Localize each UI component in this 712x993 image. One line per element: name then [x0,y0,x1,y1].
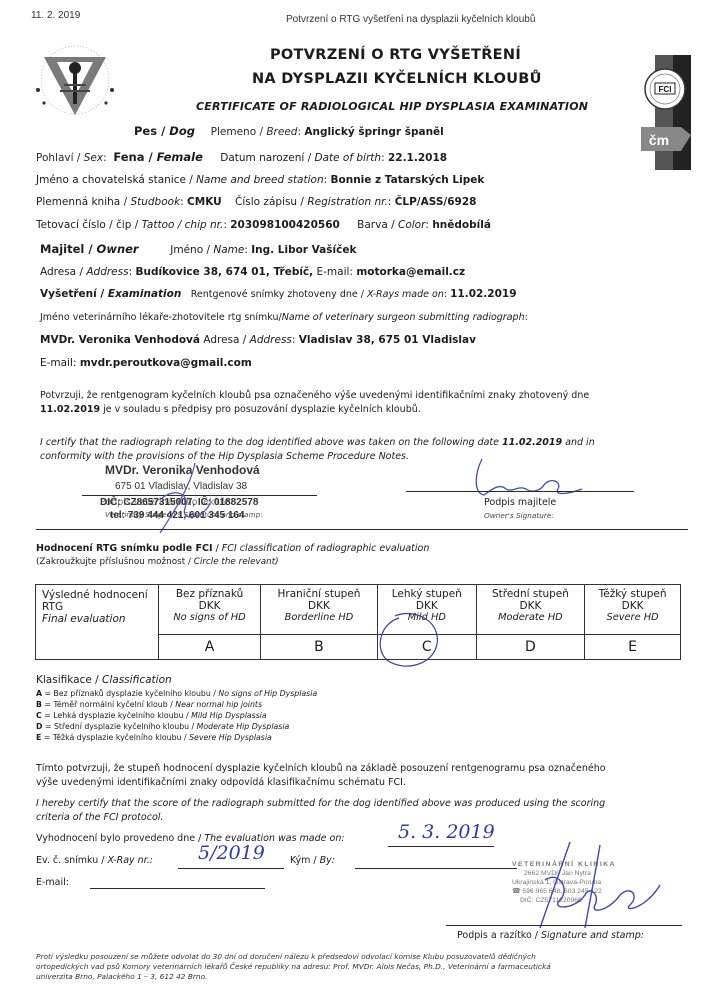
vet-signature-icon [150,458,230,538]
by-label: Kým / By: [290,855,335,866]
owner-name-row: Majitel / Owner Jméno / Name: Ing. Libor… [40,242,356,256]
vet-address: Vladislav 38, 675 01 Vladislav [299,334,476,346]
grade-a[interactable]: A [159,635,261,660]
evaluation-heading: Hodnocení RTG snímku podle FCI / FCI cla… [36,543,429,554]
grade-header-e: Těžký stupeňDKKSevere HD [585,585,681,635]
dog-breed-row: Pes / Dog Plemeno / Breed: Anglický špri… [134,124,444,138]
confirm-cz-line-2: 11.02.2019 je v souladu s předpisy pro p… [40,404,421,415]
classification-item: B = Téměř normální kyčelní kloub / Near … [36,699,317,710]
exam-row: Vyšetření / Examination Rentgenové snímk… [40,288,517,300]
evaluation-date-label: Vyhodnocení bylo provedeno dne / The eva… [36,833,345,844]
owner-address: Budíkovice 38, 674 01, Třebíč, [135,266,313,278]
classification-list: A = Bez příznaků dysplazie kyčelního klo… [36,688,317,743]
grade-b[interactable]: B [261,635,378,660]
owner-signature-label-cz: Podpis majitele [484,497,556,508]
selected-grade-circle-icon [375,610,445,672]
owner-address-row: Adresa / Address: Budíkovice 38, 674 01,… [40,266,465,278]
print-date: 11. 2. 2019 [31,10,80,21]
fci-cmku-logo-icon: FCI čm [641,55,696,170]
grade-e[interactable]: E [585,635,681,660]
confirm-cz-line-1: Potvrzuji, že rentgenogram kyčelních klo… [40,390,589,401]
dog-breed: Anglický špringr španěl [304,126,443,138]
confirm-en-line-1: I certify that the radiograph relating t… [40,437,595,448]
dog-sex: Fena [113,150,144,164]
vet-email-row: E-mail: mvdr.peroutkova@gmail.com [40,357,252,369]
classification-item: A = Bez příznaků dysplazie kyčelního klo… [36,688,317,699]
dog-section-cz: Pes [134,124,157,138]
owner-name: Ing. Libor Vašíček [251,244,356,256]
dog-color: hnědobílá [432,219,491,231]
vet-name: MVDr. Veronika Venhodová [40,334,200,346]
title-line-2: NA DYSPLAZII KYČELNÍCH KLOUBŮ [252,71,542,87]
classification-item: E = Těžká dysplazie kyčelního kloubu / S… [36,732,317,743]
final-en-line-1: I hereby certify that the score of the r… [36,798,605,809]
dog-registration: ČLP/ASS/6928 [395,196,477,208]
owner-email: motorka@email.cz [356,266,465,278]
appeal-notice: Proti výsledku posouzení se můžete odvol… [36,952,551,982]
classification-heading: Klasifikace / Classification [36,674,172,686]
evaluation-table: Výsledné hodnocení RTG Final evaluation … [35,584,681,660]
veterinary-chamber-logo-icon [30,35,120,125]
owner-signature-icon [470,455,590,500]
dog-dob: 22.1.2018 [388,152,447,164]
final-evaluation-cell: Výsledné hodnocení RTG Final evaluation [36,585,159,660]
dog-section-en: Dog [169,124,195,138]
print-page-title: Potvrzení o RTG vyšetření na dysplazii k… [286,14,535,25]
final-cz-line-1: Tímto potvrzuji, že stupeň hodnocení dys… [36,763,606,774]
classification-item: C = Lehká dysplazie kyčelního kloubu / M… [36,710,317,721]
vet-name-row: MVDr. Veronika Venhodová Adresa / Addres… [40,334,476,346]
dog-studbook: CMKU [187,196,222,208]
evaluation-instruction: (Zakroužkujte příslušnou možnost / Circl… [36,557,279,567]
dog-chip: 203098100420560 [230,219,340,231]
xray-date: 11.02.2019 [450,288,516,300]
title-english: CERTIFICATE OF RADIOLOGICAL HIP DYSPLASI… [196,100,588,113]
grade-header-b: Hraniční stupeňDKKBorderline HD [261,585,378,635]
classification-item: D = Střední dysplazie kyčelního kloubu /… [36,721,317,732]
grade-header-d: Střední stupeňDKKModerate HD [476,585,584,635]
grade-header-a: Bez příznakůDKKNo signs of HD [159,585,261,635]
vet-label-row: Jméno veterinárního lékaře-zhotovitele r… [40,312,528,323]
xray-nr-label: Ev. č. snímku / X-Ray nr.: [36,855,153,866]
svg-text:čm: čm [649,132,669,148]
evaluator-email-label: E-mail: [36,877,69,888]
dog-name: Bonnie z Tatarských Lipek [331,174,485,186]
final-cz-line-2: výše uvedenými identifikačními znaky odp… [36,777,406,788]
xray-nr-value[interactable]: 5/2019 [198,842,265,864]
vet-email: mvdr.peroutkova@gmail.com [80,357,252,369]
owner-signature-label-en: Owner's Signature: [484,511,554,520]
evaluation-date-value[interactable]: 5. 3. 2019 [398,821,495,843]
evaluator-signature-icon [530,840,670,930]
dog-chip-row: Tetovací číslo / čip / Tattoo / chip nr.… [36,219,491,231]
final-en-line-2: criteria of the FCI protocol. [36,812,163,823]
dog-name-row: Jméno a chovatelská stanice / Name and b… [36,174,484,186]
title-line-1: POTVRZENÍ O RTG VYŠETŘENÍ [270,47,521,63]
dog-studbook-row: Plemenná kniha / Studbook: CMKU Číslo zá… [36,196,476,208]
dog-sex-dob-row: Pohlaví / Sex: Fena / Female Datum naroz… [36,150,447,164]
evaluator-signature-label: Podpis a razítko / Signature and stamp: [457,930,644,941]
grade-d[interactable]: D [476,635,584,660]
svg-text:FCI: FCI [659,85,672,94]
